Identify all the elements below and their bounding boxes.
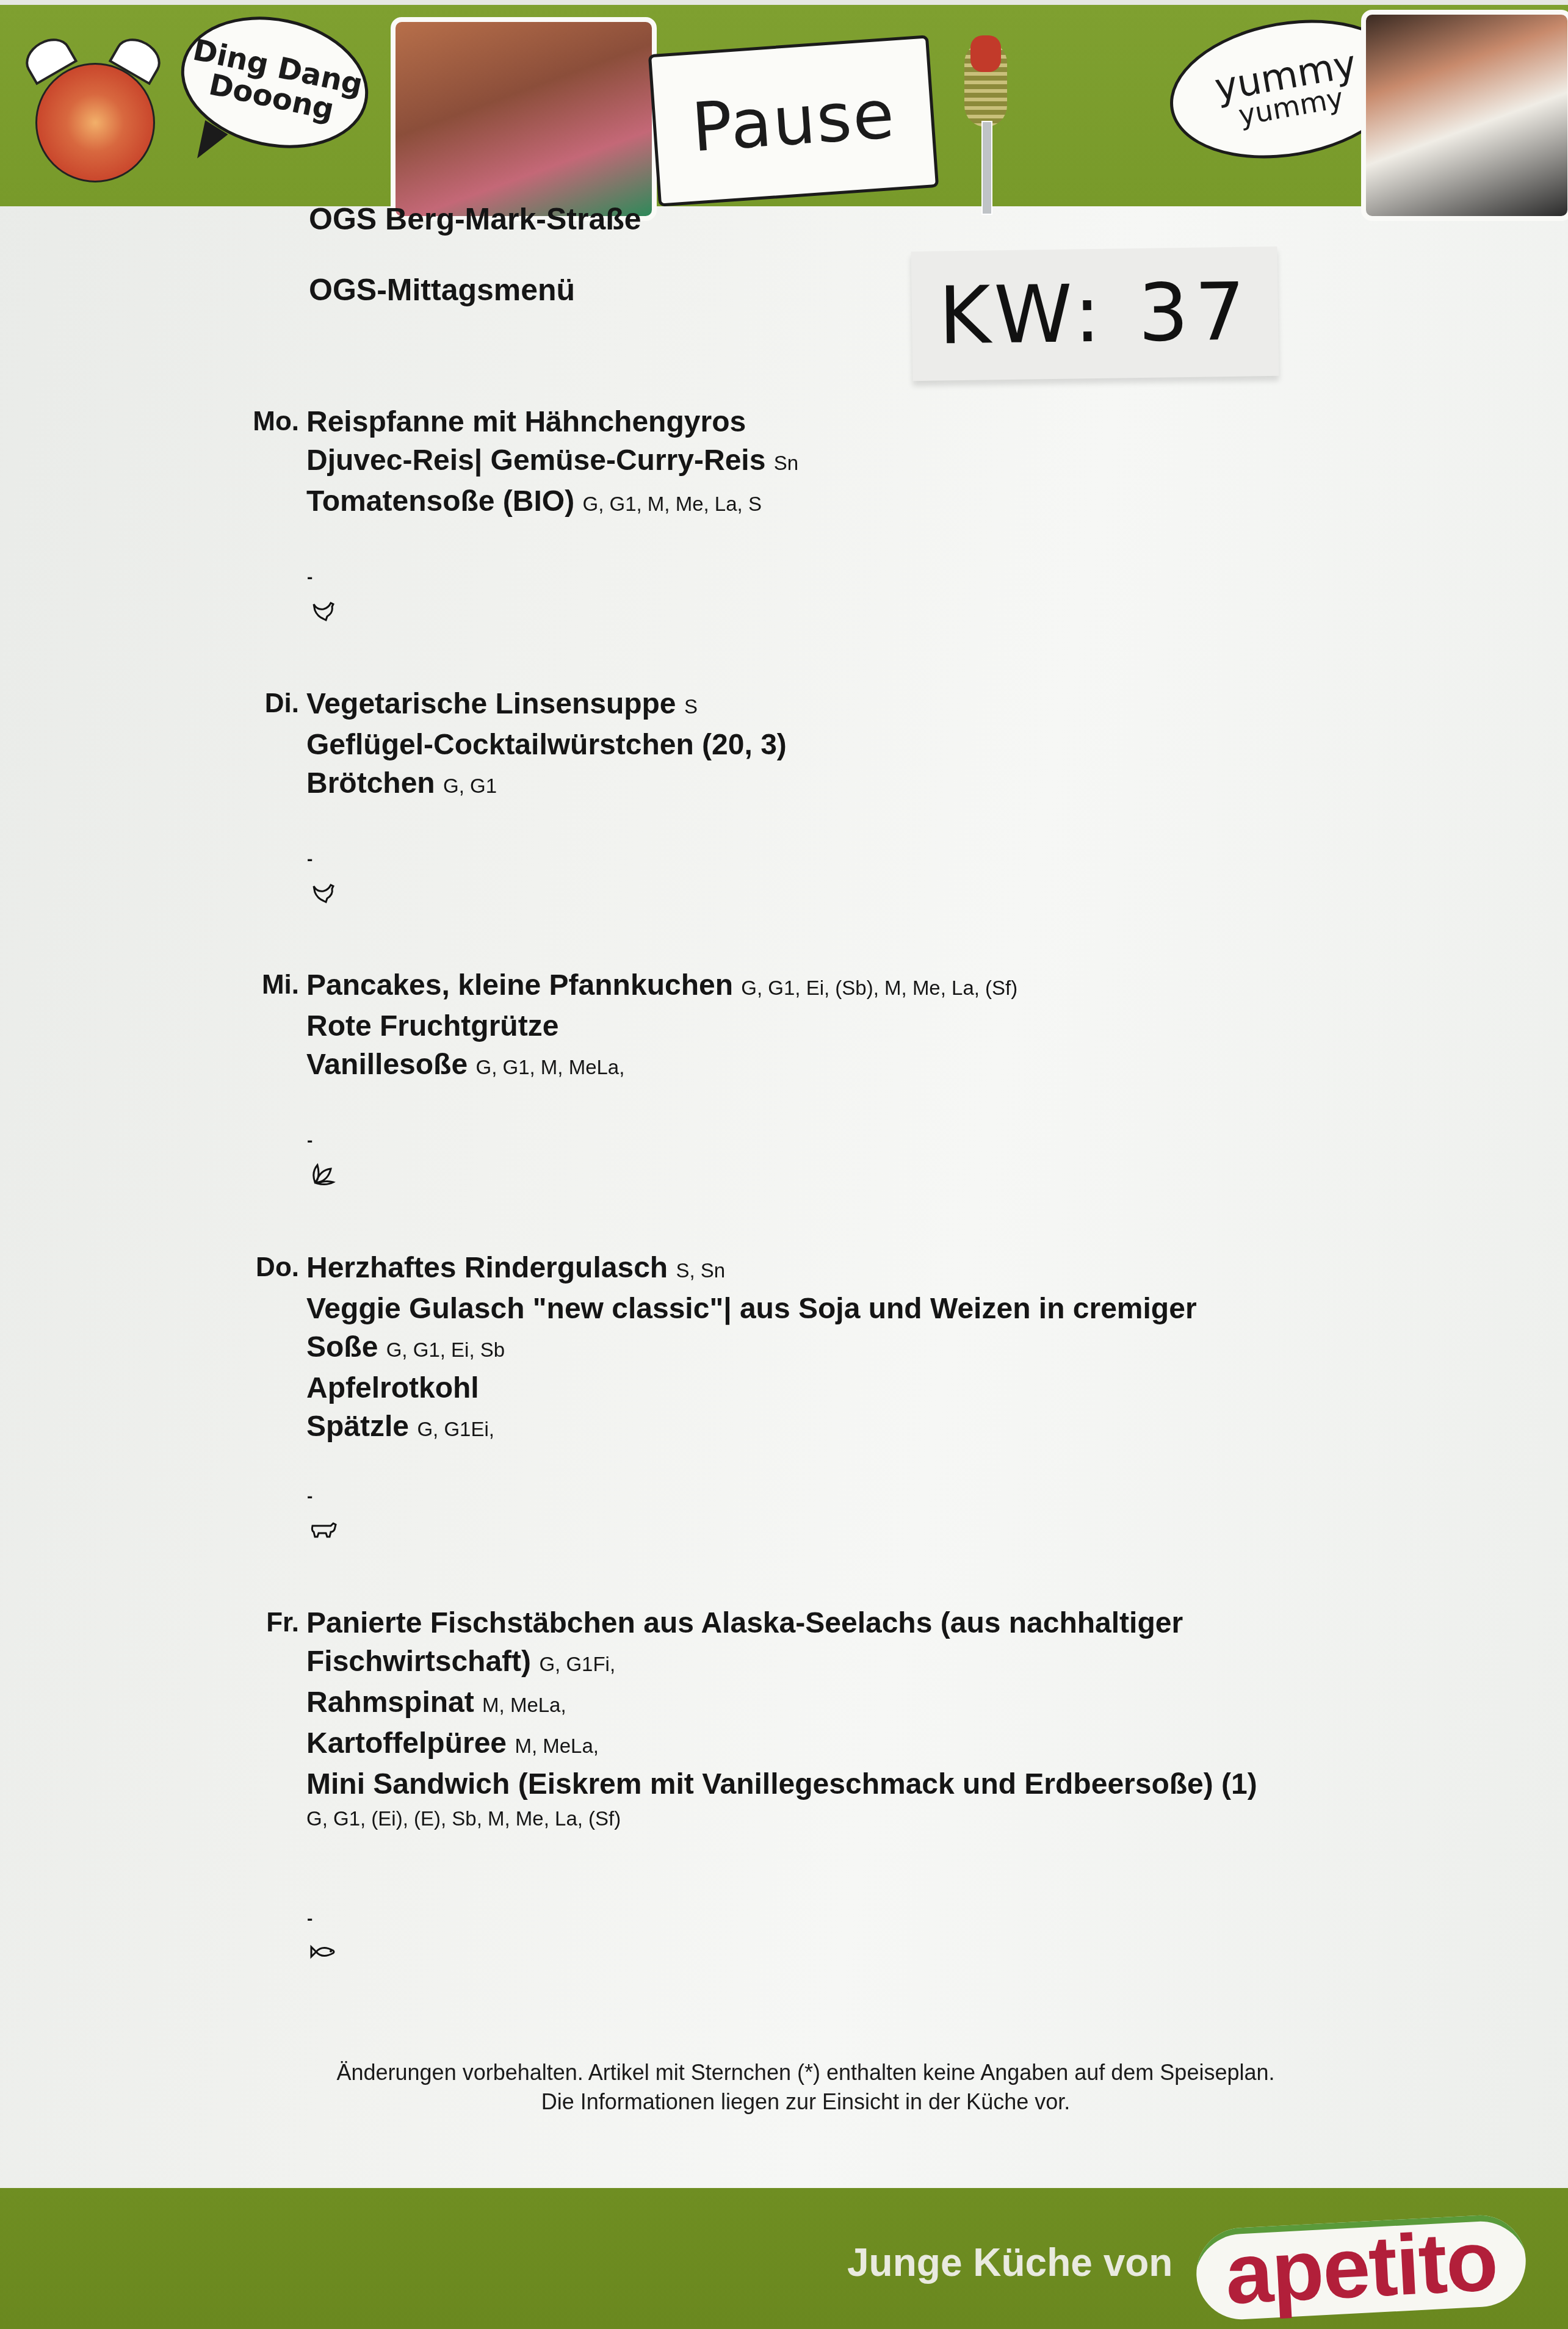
allergen-codes: G, G1Ei,	[417, 1418, 494, 1440]
dish-name: Rote Fruchtgrütze	[306, 1010, 558, 1042]
dish-item: Vegetarische Linsensuppe S	[306, 685, 1344, 726]
speech-bubble-ding-dang: Ding Dang Dooong	[169, 0, 381, 165]
chicken-icon	[309, 598, 338, 623]
dish-item: Veggie Gulasch "new classic"| aus Soja u…	[306, 1290, 1344, 1328]
leaf-icon	[309, 1161, 338, 1186]
calendar-week-note: KW: 37	[911, 247, 1279, 381]
dish-item: Tomatensoße (BIO) G, G1, M, Me, La, S	[306, 482, 1344, 523]
dash-marker: -	[307, 1487, 313, 1506]
photo-boy-thumbs-up	[1361, 10, 1568, 221]
allergen-codes: G, G1, Ei, Sb	[386, 1338, 505, 1361]
dish-name: Djuvec-Reis| Gemüse-Curry-Reis	[306, 444, 765, 477]
dish-item: Vanillesoße G, G1, M, MeLa,	[306, 1045, 1344, 1086]
dish-item: Brötchen G, G1	[306, 764, 1344, 805]
dish-name: Veggie Gulasch "new classic"| aus Soja u…	[306, 1293, 1197, 1325]
dish-name: Reispfanne mit Hähnchengyros	[306, 406, 746, 438]
top-strip	[0, 0, 1568, 5]
dash-marker: -	[307, 1131, 313, 1150]
day-label: Di.	[0, 688, 299, 719]
allergen-codes: M, MeLa,	[515, 1735, 599, 1757]
organization-name: OGS Berg-Mark-Straße	[309, 201, 641, 237]
dash-marker: -	[307, 1909, 313, 1929]
dish-name: Mini Sandwich (Eiskrem mit Vanillegeschm…	[306, 1768, 1257, 1800]
dish-name: Brötchen	[306, 767, 435, 800]
fork-handle	[981, 121, 992, 215]
dish-name: Pancakes, kleine Pfannkuchen	[306, 969, 733, 1002]
allergen-codes: G, G1Fi,	[539, 1653, 615, 1675]
pause-sign: Pause	[648, 35, 939, 206]
dish-name: Kartoffelpüree	[306, 1727, 507, 1760]
dish-item: Kartoffelpüree M, MeLa,	[306, 1724, 1344, 1765]
dish-name: Soße	[306, 1331, 378, 1363]
day-label: Mi.	[0, 970, 299, 1000]
day-label: Fr.	[0, 1608, 299, 1638]
page-title: OGS-Mittagsmenü	[309, 272, 575, 308]
dish-name: Vegetarische Linsensuppe	[306, 688, 676, 720]
dish-item: Rahmspinat M, MeLa,	[306, 1683, 1344, 1724]
allergen-codes: G, G1, (Ei), (E), Sb, M, Me, La, (Sf)	[306, 1804, 1344, 1834]
allergen-codes: G, G1, Ei, (Sb), M, Me, La, (Sf)	[741, 977, 1017, 999]
dish-item: Spätzle G, G1Ei,	[306, 1407, 1344, 1448]
allergen-codes: S	[684, 695, 698, 718]
allergen-codes: G, G1, M, MeLa,	[475, 1056, 624, 1078]
orange-slice-clock-face	[35, 63, 155, 182]
dish-item: Mini Sandwich (Eiskrem mit Vanillegeschm…	[306, 1765, 1344, 1804]
dish-item: Rote Fruchtgrütze	[306, 1007, 1344, 1045]
chicken-icon	[309, 880, 338, 905]
tomato	[970, 35, 1001, 72]
disclaimer-line-1: Änderungen vorbehalten. Artikel mit Ster…	[0, 2058, 1568, 2087]
dish-name: Spätzle	[306, 1410, 409, 1443]
photo-two-girls	[391, 17, 657, 221]
dish-name: Apfelrotkohl	[306, 1372, 479, 1404]
apetito-logo: apetito	[1194, 2213, 1528, 2322]
dish-list: Vegetarische Linsensuppe SGeflügel-Cockt…	[306, 685, 1344, 805]
dish-item: Panierte Fischstäbchen aus Alaska-Seelac…	[306, 1604, 1344, 1642]
disclaimer-line-2: Die Informationen liegen zur Einsicht in…	[0, 2087, 1568, 2117]
dish-item: Fischwirtschaft) G, G1Fi,	[306, 1642, 1344, 1683]
dish-item: Apfelrotkohl	[306, 1369, 1344, 1407]
dish-list: Herzhaftes Rindergulasch S, SnVeggie Gul…	[306, 1249, 1344, 1448]
allergen-codes: S, Sn	[676, 1259, 726, 1282]
dish-item: Herzhaftes Rindergulasch S, Sn	[306, 1249, 1344, 1290]
allergen-codes: M, MeLa,	[482, 1694, 566, 1716]
dish-list: Panierte Fischstäbchen aus Alaska-Seelac…	[306, 1604, 1344, 1834]
dish-name: Vanillesoße	[306, 1049, 468, 1081]
orange-alarm-clock-icon	[18, 29, 168, 191]
dish-item: Pancakes, kleine Pfannkuchen G, G1, Ei, …	[306, 966, 1344, 1007]
dish-item: Reispfanne mit Hähnchengyros	[306, 403, 1344, 441]
header-banner: Ding Dang Dooong Pause yummy yummy	[0, 5, 1568, 206]
fish-icon	[309, 1940, 338, 1964]
dish-item: Djuvec-Reis| Gemüse-Curry-Reis Sn	[306, 441, 1344, 482]
cow-icon	[309, 1517, 338, 1542]
dash-marker: -	[307, 850, 313, 869]
dish-name: Geflügel-Cocktailwürstchen (20, 3)	[306, 729, 787, 761]
dish-list: Pancakes, kleine Pfannkuchen G, G1, Ei, …	[306, 966, 1344, 1086]
dish-name: Rahmspinat	[306, 1686, 474, 1719]
day-label: Mo.	[0, 406, 299, 437]
brand-tagline: Junge Küche von	[847, 2240, 1172, 2285]
allergen-codes: Sn	[774, 452, 798, 474]
allergen-codes: G, G1, M, Me, La, S	[582, 493, 761, 515]
disclaimer: Änderungen vorbehalten. Artikel mit Ster…	[0, 2058, 1568, 2117]
dish-name: Herzhaftes Rindergulasch	[306, 1252, 668, 1284]
dish-list: Reispfanne mit HähnchengyrosDjuvec-Reis|…	[306, 403, 1344, 523]
dish-name: Fischwirtschaft)	[306, 1645, 531, 1678]
dash-marker: -	[307, 568, 313, 587]
spaghetti-fork-icon	[952, 17, 1019, 211]
dish-item: Soße G, G1, Ei, Sb	[306, 1328, 1344, 1369]
dish-item: Geflügel-Cocktailwürstchen (20, 3)	[306, 726, 1344, 764]
dish-name: Tomatensoße (BIO)	[306, 485, 574, 518]
dish-name: Panierte Fischstäbchen aus Alaska-Seelac…	[306, 1607, 1183, 1639]
day-label: Do.	[0, 1252, 299, 1283]
allergen-codes: G, G1	[443, 775, 497, 797]
